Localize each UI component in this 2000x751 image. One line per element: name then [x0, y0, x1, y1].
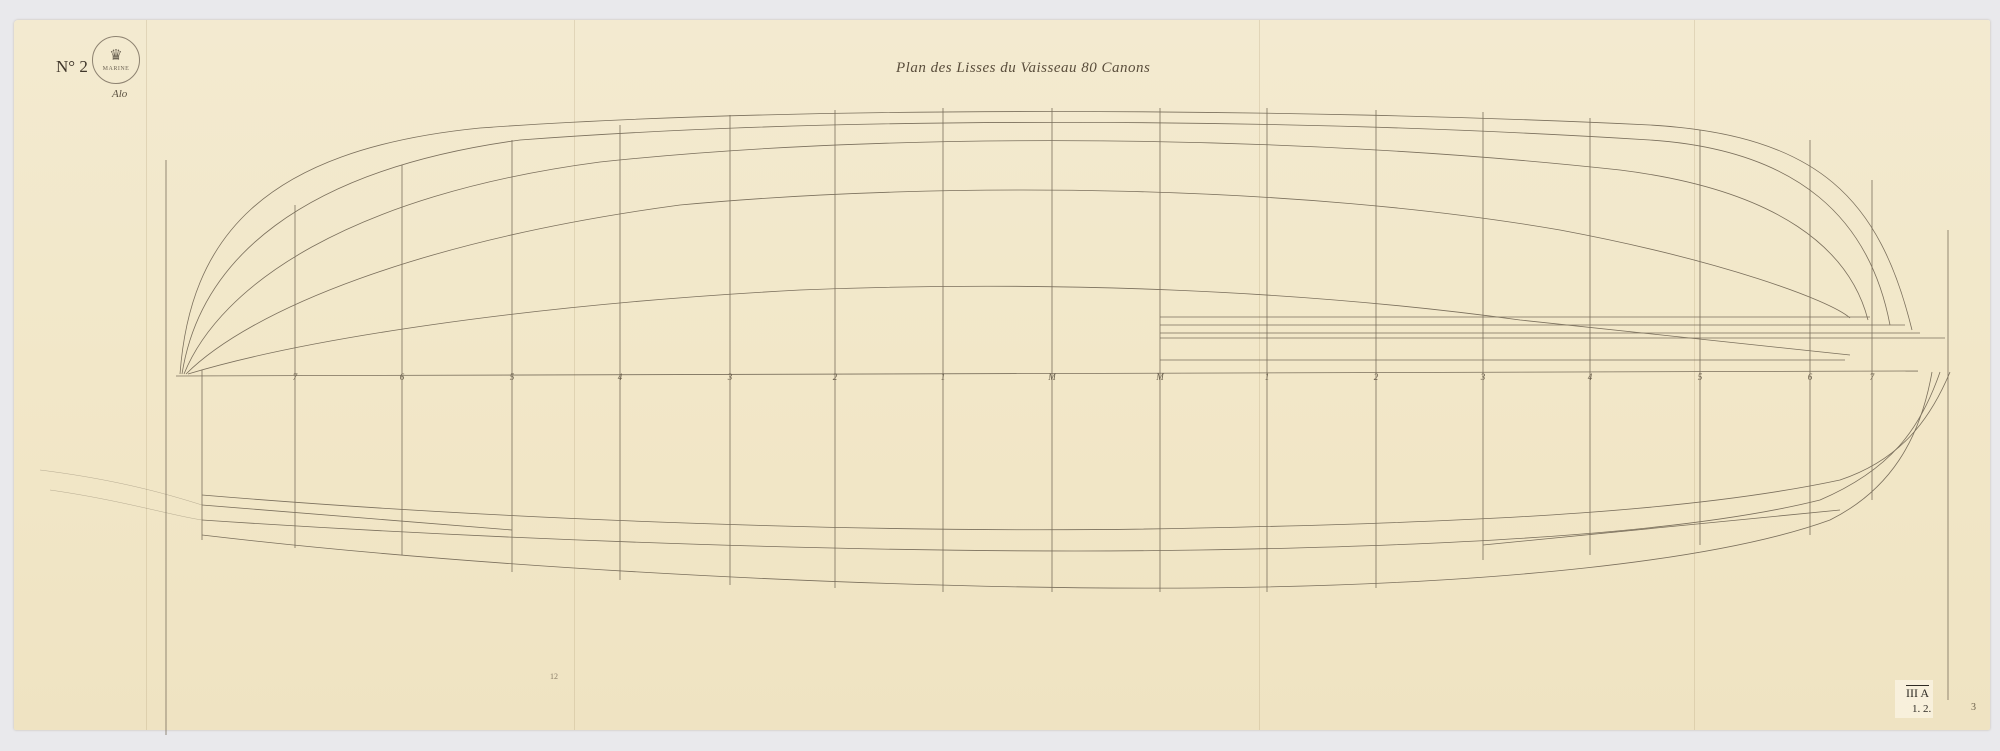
- drawing-title: Plan des Lisses du Vaisseau 80 Canons: [896, 60, 1150, 77]
- station-label: 7: [293, 372, 298, 382]
- crown-icon: ♛: [109, 49, 122, 64]
- station-label: 5: [510, 372, 515, 382]
- station-label: M: [1048, 372, 1056, 382]
- station-label: 2: [833, 372, 838, 382]
- catalog-mark-line1: III A: [1906, 686, 1929, 701]
- station-label: 6: [400, 372, 405, 382]
- stray-mark: 12: [550, 672, 558, 681]
- catalog-mark-line2: 1. 2.: [1912, 703, 1931, 715]
- stamp-text: MARINE: [103, 66, 130, 72]
- sheet-number: N° 2: [56, 57, 88, 77]
- station-label: 1: [1265, 372, 1270, 382]
- station-label: 5: [1698, 372, 1703, 382]
- station-label: 4: [618, 372, 623, 382]
- station-label: M: [1156, 372, 1164, 382]
- station-label: 3: [728, 372, 733, 382]
- station-label: 6: [1808, 372, 1813, 382]
- station-label: 7: [1870, 372, 1875, 382]
- archive-stamp: ♛ MARINE: [92, 36, 140, 84]
- station-label: 2: [1374, 372, 1379, 382]
- station-label: 1: [941, 372, 946, 382]
- handwritten-annotation: Alo: [112, 88, 127, 100]
- baseline: [176, 371, 1918, 376]
- station-label: 4: [1588, 372, 1593, 382]
- station-label: 3: [1481, 372, 1486, 382]
- page-mark: 3: [1971, 702, 1976, 713]
